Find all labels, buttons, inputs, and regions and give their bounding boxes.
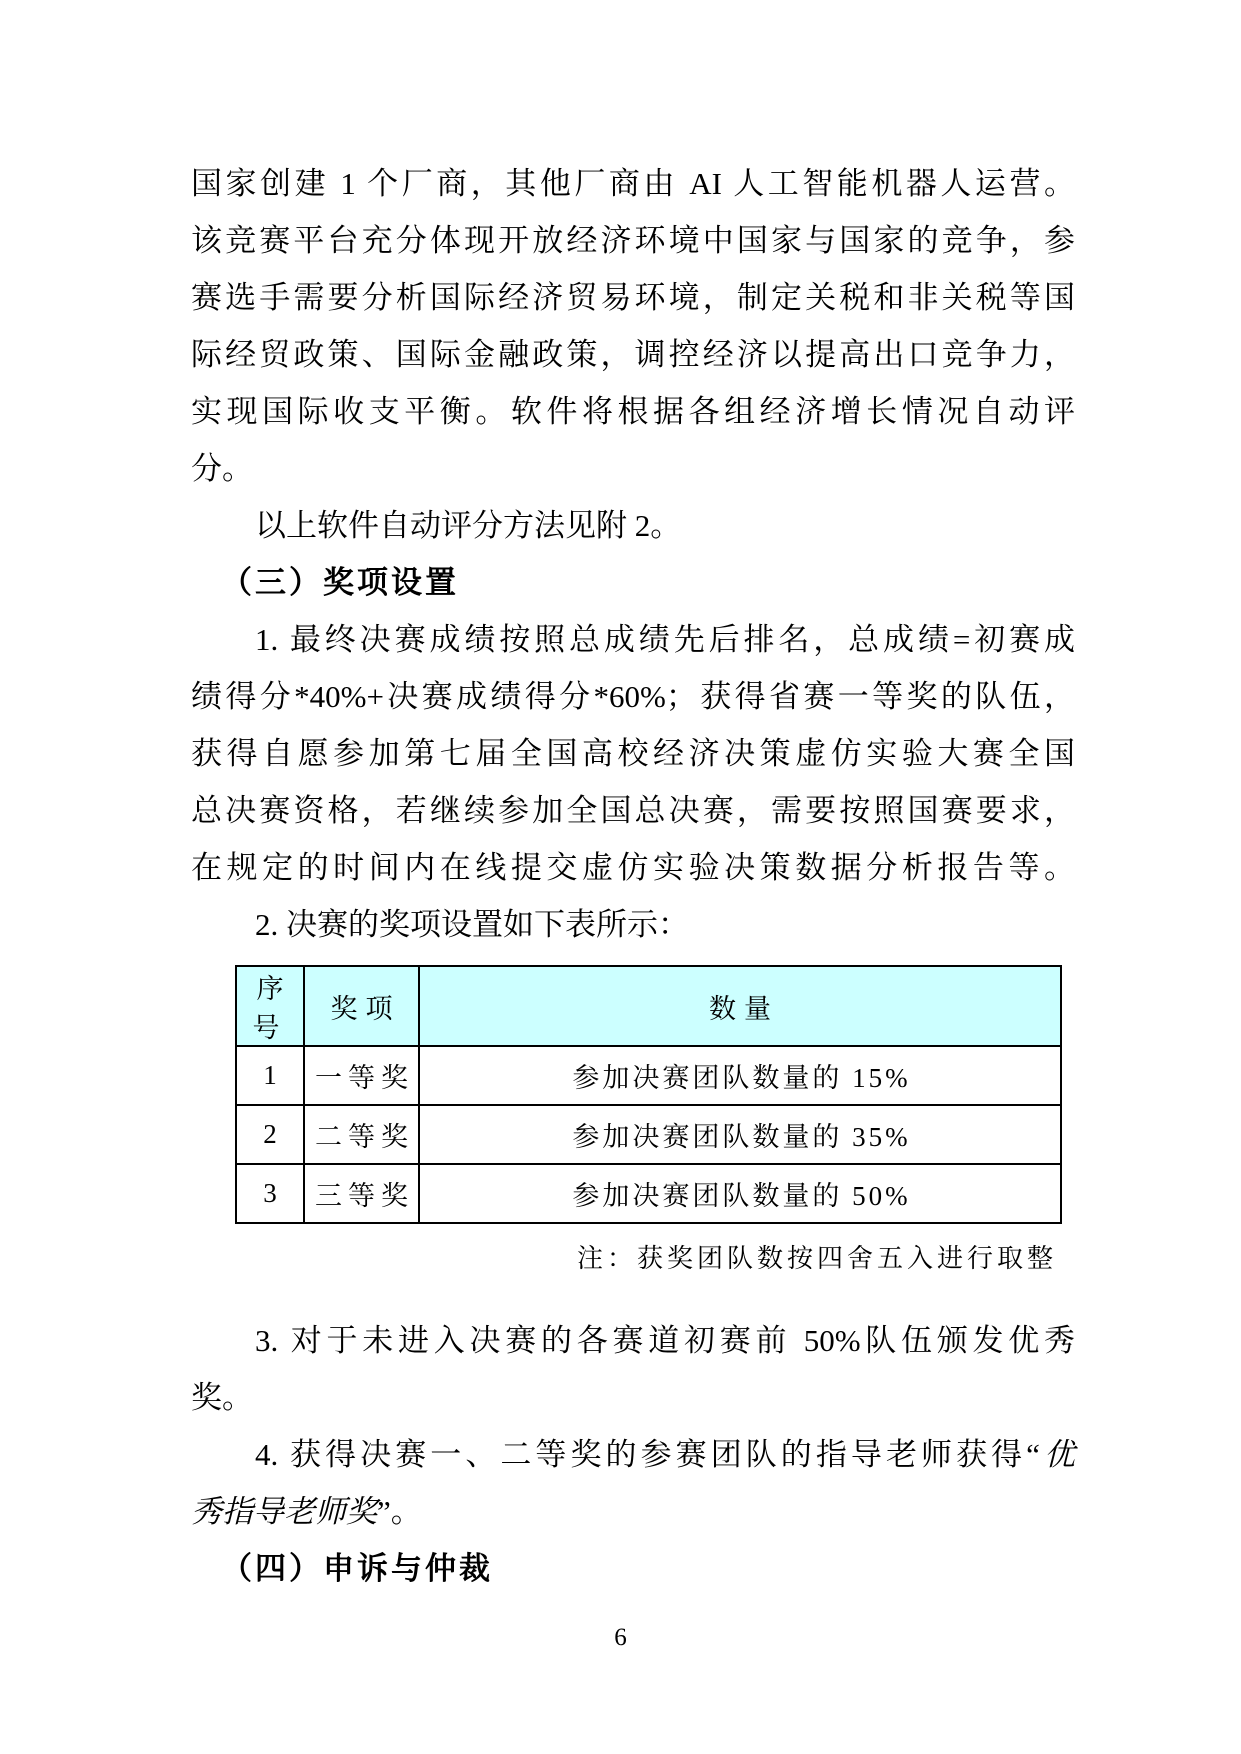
- table-cell-index: 1: [236, 1046, 304, 1105]
- award-name-emphasis: 秀指导老师奖: [191, 1494, 377, 1529]
- table-note: 注：获奖团队数按四舍五入进行取整: [191, 1238, 1075, 1280]
- table-header-index: 序号: [236, 966, 304, 1046]
- body-line: 获得自愿参加第七届全国高校经济决策虚仿实验大赛全国: [191, 725, 1075, 782]
- body-line: 国家创建 1 个厂商，其他厂商由 AI 人工智能机器人运营。: [191, 155, 1075, 212]
- section-heading-appeal: （四）申诉与仲裁: [191, 1540, 1075, 1597]
- table-cell-index: 3: [236, 1164, 304, 1223]
- body-line: 2. 决赛的奖项设置如下表所示：: [191, 896, 1075, 953]
- table-cell-quantity: 参加决赛团队数量的 15%: [419, 1046, 1061, 1105]
- body-line: 实现国际收支平衡。软件将根据各组经济增长情况自动评: [191, 383, 1075, 440]
- body-line: 3. 对于未进入决赛的各赛道初赛前 50%队伍颁发优秀: [191, 1312, 1075, 1369]
- table-cell-quantity: 参加决赛团队数量的 50%: [419, 1164, 1061, 1223]
- page-number: 6: [0, 1618, 1241, 1658]
- body-line: 分。: [191, 440, 1075, 497]
- table-row: 3 三等奖 参加决赛团队数量的 50%: [236, 1164, 1061, 1223]
- body-line: 4. 获得决赛一、二等奖的参赛团队的指导老师获得“优: [191, 1426, 1075, 1483]
- table-header-award: 奖项: [304, 966, 419, 1046]
- awards-table: 序号 奖项 数量 1 一等奖 参加决赛团队数量的 15% 2 二等奖 参加决赛团…: [235, 965, 1062, 1224]
- table-cell-award: 一等奖: [304, 1046, 419, 1105]
- body-line: 际经贸政策、国际金融政策，调控经济以提高出口竞争力，: [191, 326, 1075, 383]
- body-line: 在规定的时间内在线提交虚仿实验决策数据分析报告等。: [191, 839, 1075, 896]
- table-row: 2 二等奖 参加决赛团队数量的 35%: [236, 1105, 1061, 1164]
- table-cell-award: 三等奖: [304, 1164, 419, 1223]
- body-line-text: 4. 获得决赛一、二等奖的参赛团队的指导老师获得“: [255, 1437, 1040, 1472]
- body-line-text: ”。: [377, 1494, 422, 1529]
- table-header-row: 序号 奖项 数量: [236, 966, 1061, 1046]
- award-name-emphasis: 优: [1040, 1437, 1075, 1472]
- table-cell-quantity: 参加决赛团队数量的 35%: [419, 1105, 1061, 1164]
- body-line: 秀指导老师奖”。: [191, 1483, 1075, 1540]
- table-row: 1 一等奖 参加决赛团队数量的 15%: [236, 1046, 1061, 1105]
- table-cell-award: 二等奖: [304, 1105, 419, 1164]
- body-line: 奖。: [191, 1369, 1075, 1426]
- section-heading-awards: （三）奖项设置: [191, 554, 1075, 611]
- body-line: 总决赛资格，若继续参加全国总决赛，需要按照国赛要求，: [191, 782, 1075, 839]
- body-line: 以上软件自动评分方法见附 2。: [191, 497, 1075, 554]
- document-body: 国家创建 1 个厂商，其他厂商由 AI 人工智能机器人运营。 该竞赛平台充分体现…: [191, 155, 1075, 1597]
- document-page: 国家创建 1 个厂商，其他厂商由 AI 人工智能机器人运营。 该竞赛平台充分体现…: [0, 0, 1241, 1754]
- table-cell-index: 2: [236, 1105, 304, 1164]
- body-line: 赛选手需要分析国际经济贸易环境，制定关税和非关税等国: [191, 269, 1075, 326]
- table-header-quantity: 数量: [419, 966, 1061, 1046]
- body-line: 绩得分*40%+决赛成绩得分*60%；获得省赛一等奖的队伍，: [191, 668, 1075, 725]
- body-line: 该竞赛平台充分体现开放经济环境中国家与国家的竞争，参: [191, 212, 1075, 269]
- body-line: 1. 最终决赛成绩按照总成绩先后排名，总成绩=初赛成: [191, 611, 1075, 668]
